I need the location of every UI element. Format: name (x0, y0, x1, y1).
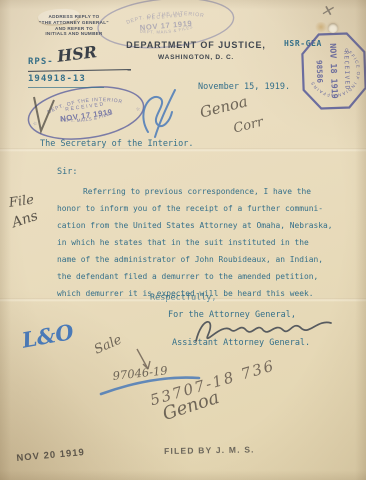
body-line: the defendant filed a demurrer to the am… (57, 272, 318, 281)
salutation: Sir: (57, 167, 77, 177)
reply-notice-line: "THE ATTORNEY GENERAL" (27, 20, 121, 26)
genoa-corr-note-line1: Genoa (198, 92, 249, 121)
x-mark-annotation: ✕ (319, 1, 334, 21)
fold-crease (0, 148, 366, 152)
department-city: WASHINGTON, D. C. (110, 54, 282, 61)
stamp-star-left: ☆ (32, 121, 38, 128)
indian-affairs-received-stamp: OFFICE OF INDIAN AFFAIRS RECEIVED NOV 18… (301, 32, 366, 110)
file-number: 194918-13 (28, 74, 86, 84)
initials-underline (28, 69, 131, 72)
file-number-pencil: 97046-19 (112, 363, 168, 383)
body-line: Referring to previous correspondence, I … (83, 187, 311, 196)
reply-notice: ADDRESS REPLY TO "THE ATTORNEY GENERAL" … (27, 14, 121, 37)
date-line: November 15, 1919. (198, 82, 290, 92)
l-and-o-note: L&O (20, 319, 76, 353)
body-line: in which he states that in the suit inst… (57, 238, 309, 247)
stamp-star-right: ☆ (135, 106, 141, 113)
genoa-corr-note-line2: Corr (232, 115, 265, 137)
stamp-status-text: RECEIVED (342, 50, 350, 90)
date-stamp-bottom: NOV 20 1919 (16, 447, 85, 464)
ans-note: Ans (10, 208, 40, 231)
body-line: honor to inform you of the receipt of a … (57, 204, 323, 213)
body-line: name of the administrator of John Roubid… (57, 255, 323, 264)
filed-by-stamp: FILED BY J. M. S. (164, 444, 255, 456)
signer-title-line: Assistant Attorney General. (172, 338, 310, 348)
body-line: cation from the United States Attorney a… (57, 221, 333, 230)
for-attorney-general-line: For the Attorney General, (168, 310, 296, 320)
file-number-underline (28, 87, 104, 88)
stamp-date-text: NOV 18 1919 (328, 43, 340, 99)
sale-note: Sale (92, 332, 124, 357)
fold-crease (0, 298, 366, 302)
handwritten-initials: HSR (56, 42, 98, 66)
initials-prefix: RPS- (28, 57, 54, 67)
reply-notice-line: INITIALS AND NUMBER (27, 31, 121, 37)
scanned-letter-page: ADDRESS REPLY TO "THE ATTORNEY GENERAL" … (0, 0, 366, 480)
department-name: DEPARTMENT OF JUSTICE, (110, 40, 282, 50)
paper-stain (314, 22, 328, 32)
punch-hole (328, 23, 338, 33)
stamp-number-text: 98586 (315, 60, 325, 84)
